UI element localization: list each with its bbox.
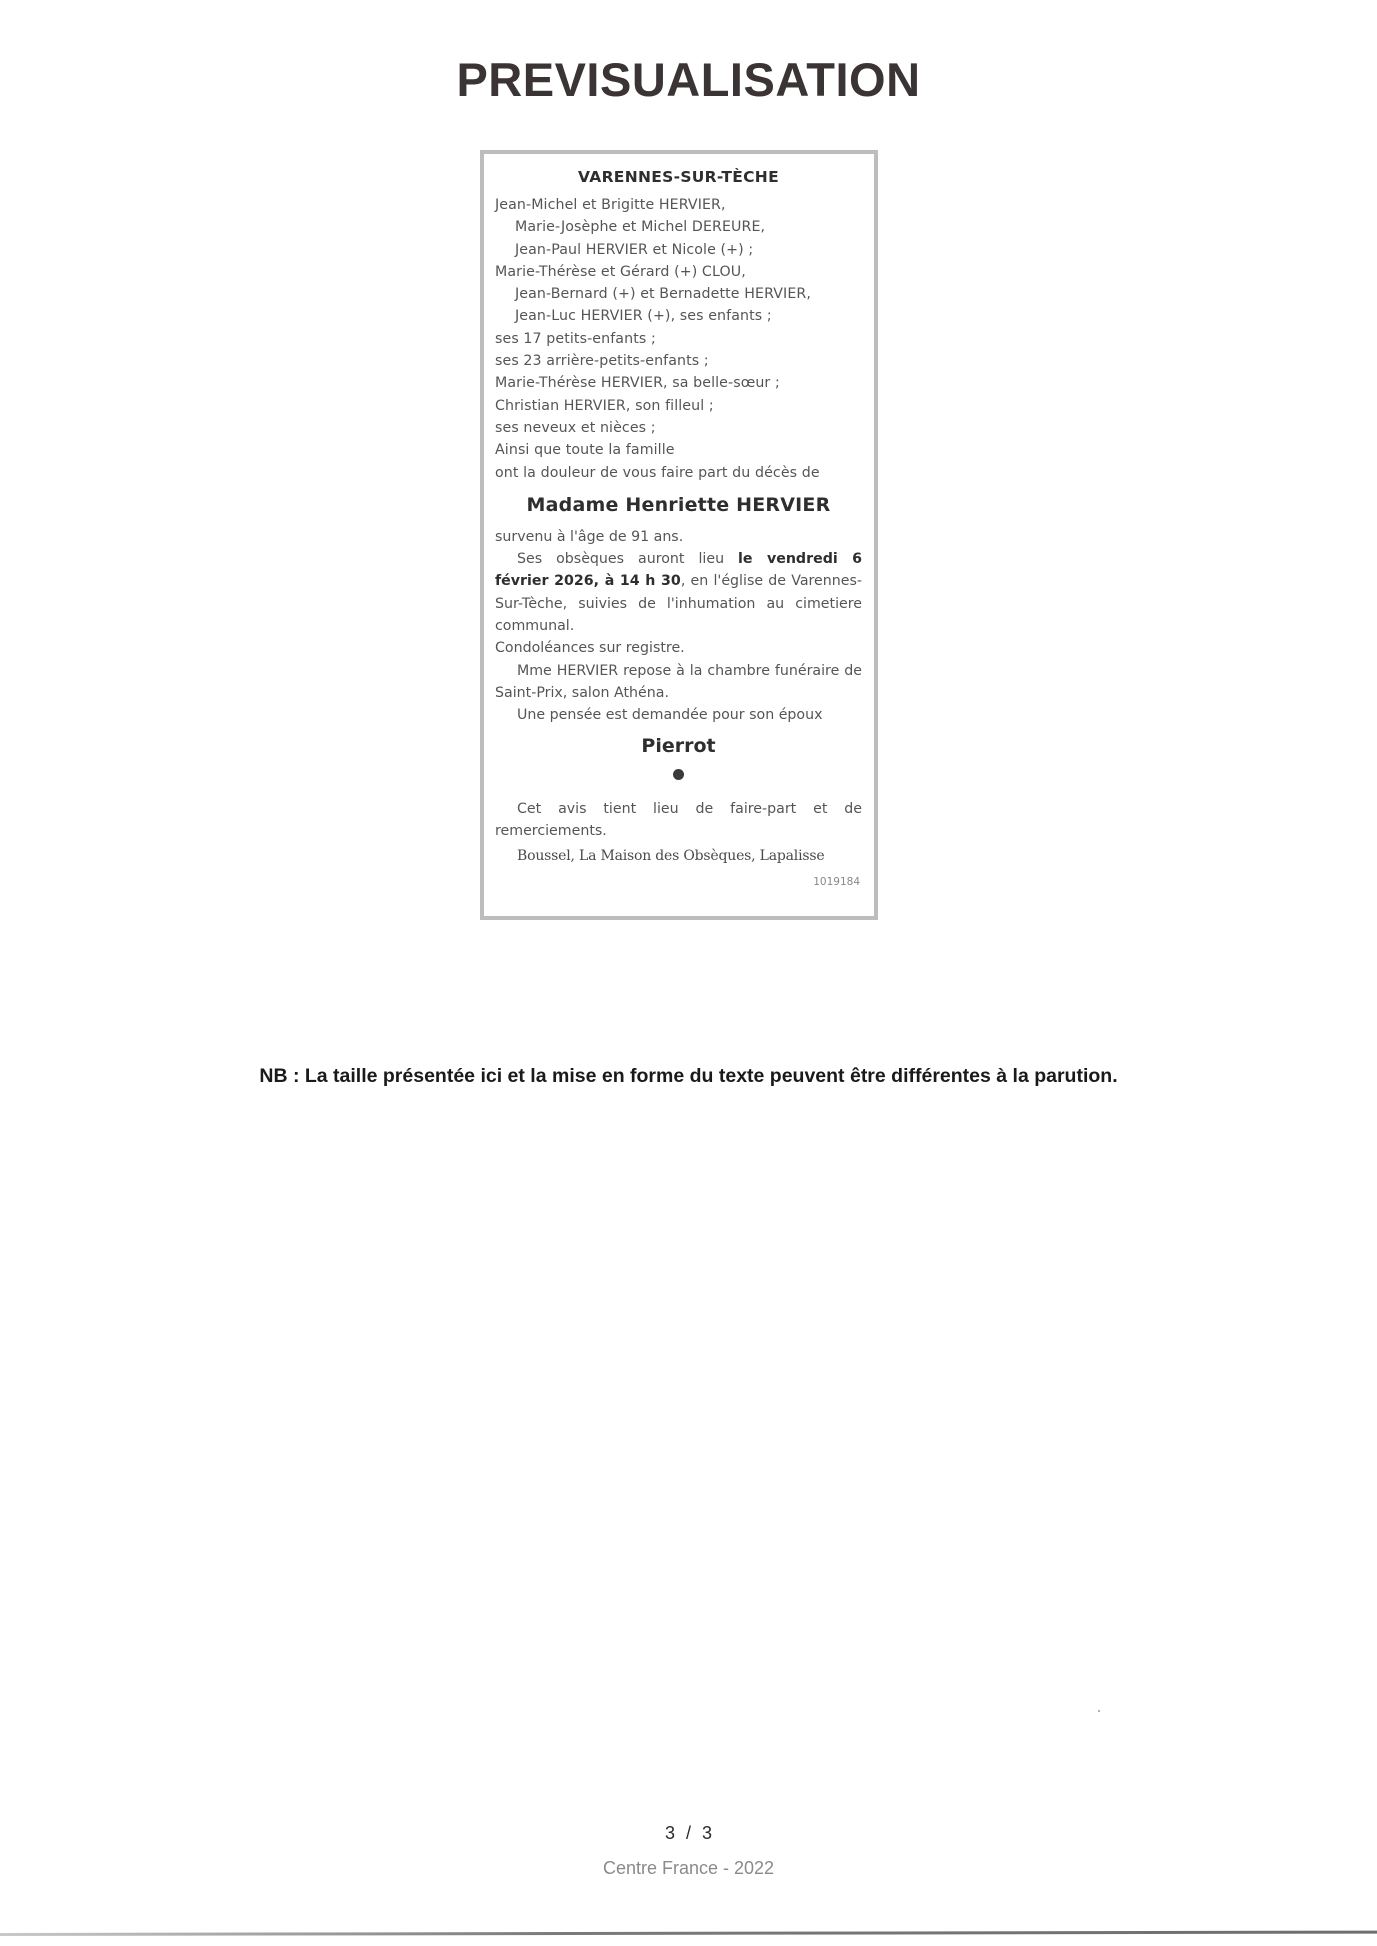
rest-place-text: Mme HERVIER repose à la chambre funérair… [495,660,862,705]
thought-line: Une pensée est demandée pour son époux [495,704,862,726]
family-line: Marie-Thérèse HERVIER, sa belle-sœur ; [495,372,862,394]
family-line: ses neveux et nièces ; [495,417,862,439]
notice-location-heading: VARENNES-SUR-TÈCHE [495,168,862,186]
closing-text: Cet avis tient lieu de faire-part et de … [495,798,862,843]
family-line: Jean-Paul HERVIER et Nicole (+) ; [495,239,862,261]
family-line: Marie-Thérèse et Gérard (+) CLOU, [495,261,862,283]
page-number: 3 / 3 [0,1823,1377,1844]
family-line: Jean-Bernard (+) et Bernadette HERVIER, [495,283,862,305]
scan-speck [1098,1710,1100,1712]
thought-line-wrap: Une pensée est demandée pour son époux [495,704,862,726]
obituary-notice-preview: VARENNES-SUR-TÈCHE Jean-Michel et Brigit… [480,150,878,920]
family-line: ont la douleur de vous faire part du déc… [495,462,862,484]
disclaimer-note: NB : La taille présentée ici et la mise … [0,1065,1377,1088]
bullet-separator-icon [673,769,684,780]
family-line: Christian HERVIER, son filleul ; [495,395,862,417]
condolences-line: Condoléances sur registre. [495,637,862,659]
family-line: ses 17 petits-enfants ; [495,328,862,350]
rest-place: Mme HERVIER repose à la chambre funérair… [495,660,862,705]
footer-copyright: Centre France - 2022 [0,1858,1377,1879]
family-line: Jean-Michel et Brigitte HERVIER, [495,194,862,216]
family-line: Marie-Josèphe et Michel DEREURE, [495,216,862,238]
spouse-name: Pierrot [495,735,862,757]
family-line: Jean-Luc HERVIER (+), ses enfants ; [495,305,862,327]
page-title: PREVISUALISATION [0,52,1377,107]
funeral-details: Ses obsèques auront lieu le vendredi 6 f… [495,548,862,637]
deceased-name: Madame Henriette HERVIER [495,494,862,516]
age-line: survenu à l'âge de 91 ans. [495,526,862,548]
notice-reference-number: 1019184 [495,876,862,888]
family-lines: Jean-Michel et Brigitte HERVIER,Marie-Jo… [495,194,862,484]
funeral-home-signature: Boussel, La Maison des Obsèques, Lapalis… [495,848,862,864]
family-line: ses 23 arrière-petits-enfants ; [495,350,862,372]
closing-line: Cet avis tient lieu de faire-part et de … [495,798,862,843]
funeral-prefix: Ses obsèques auront lieu [517,551,738,567]
footer-divider [0,1931,1377,1936]
family-line: Ainsi que toute la famille [495,439,862,461]
